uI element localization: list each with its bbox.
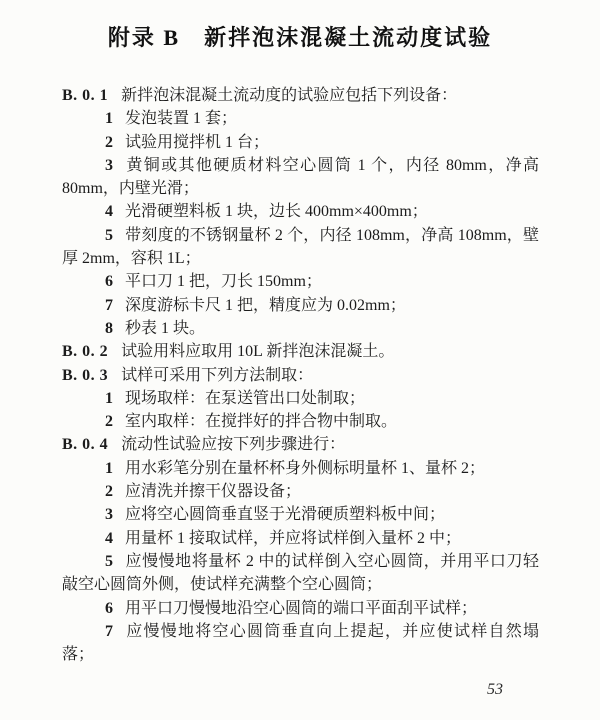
item-number: 6: [105, 600, 113, 617]
item-number: 1: [105, 390, 113, 407]
list-item: 2应清洗并擦干仪器设备；: [62, 480, 539, 503]
item-number: 6: [105, 273, 113, 290]
item-text: 应将空心圆筒垂直竖于光滑硬质塑料板中间；: [125, 506, 445, 523]
item-number: 7: [105, 623, 113, 640]
list-item: 2室内取样：在搅拌好的拌合物中制取。: [62, 410, 539, 433]
clause-label: B. 0. 2: [62, 343, 108, 360]
clause-text: 新拌泡沫混凝土流动度的试验应包括下列设备：: [121, 87, 457, 104]
list-item: 1现场取样：在泵送管出口处制取；: [62, 387, 539, 410]
item-text: 带刻度的不锈钢量杯 2 个，内径 108mm，净高 108mm，壁厚 2mm，容…: [62, 227, 539, 267]
item-text: 深度游标卡尺 1 把，精度应为 0.02mm；: [125, 297, 406, 314]
document-body: B. 0. 1新拌泡沫混凝土流动度的试验应包括下列设备： 1发泡装置 1 套； …: [62, 84, 539, 666]
item-number: 7: [105, 297, 113, 314]
clause-text: 试验用料应取用 10L 新拌泡沫混凝土。: [121, 343, 394, 360]
list-item: 1用水彩笔分别在量杯杯身外侧标明量杯 1、量杯 2；: [62, 457, 539, 480]
clause-label: B. 0. 3: [62, 367, 108, 384]
item-number: 3: [105, 157, 113, 174]
item-number: 8: [105, 320, 113, 337]
list-item: 3应将空心圆筒垂直竖于光滑硬质塑料板中间；: [62, 503, 539, 526]
item-number: 4: [105, 203, 113, 220]
list-item: 6平口刀 1 把，刀长 150mm；: [62, 270, 539, 293]
clause-label: B. 0. 1: [62, 87, 108, 104]
item-text: 应慢慢地将量杯 2 中的试样倒入空心圆筒，并用平口刀轻敲空心圆筒外侧，使试样充满…: [62, 553, 539, 593]
item-text: 用水彩笔分别在量杯杯身外侧标明量杯 1、量杯 2；: [125, 460, 485, 477]
list-item: 8秒表 1 块。: [62, 317, 539, 340]
page-number: 53: [487, 681, 503, 699]
item-text: 室内取样：在搅拌好的拌合物中制取。: [125, 413, 397, 430]
item-number: 4: [105, 530, 113, 547]
list-item: 5应慢慢地将量杯 2 中的试样倒入空心圆筒，并用平口刀轻敲空心圆筒外侧，使试样充…: [62, 550, 539, 597]
item-text: 用平口刀慢慢地沿空心圆筒的端口平面刮平试样；: [125, 600, 477, 617]
item-text: 应慢慢地将空心圆筒垂直向上提起，并应使试样自然塌落；: [62, 623, 539, 663]
document-page: 附录 B 新拌泡沫混凝土流动度试验 B. 0. 1新拌泡沫混凝土流动度的试验应包…: [0, 0, 600, 720]
list-item: 5带刻度的不锈钢量杯 2 个，内径 108mm，净高 108mm，壁厚 2mm，…: [62, 224, 539, 271]
clause-b-0-1: B. 0. 1新拌泡沫混凝土流动度的试验应包括下列设备：: [62, 84, 539, 107]
item-text: 试验用搅拌机 1 台；: [125, 134, 269, 151]
list-item: 6用平口刀慢慢地沿空心圆筒的端口平面刮平试样；: [62, 597, 539, 620]
list-item: 4光滑硬塑料板 1 块，边长 400mm×400mm；: [62, 200, 539, 223]
list-item: 7应慢慢地将空心圆筒垂直向上提起，并应使试样自然塌落；: [62, 620, 539, 667]
clause-text: 试样可采用下列方法制取：: [121, 367, 313, 384]
item-text: 秒表 1 块。: [125, 320, 205, 337]
item-number: 2: [105, 483, 113, 500]
item-text: 用量杯 1 接取试样，并应将试样倒入量杯 2 中；: [125, 530, 461, 547]
item-text: 应清洗并擦干仪器设备；: [125, 483, 301, 500]
list-item: 7深度游标卡尺 1 把，精度应为 0.02mm；: [62, 294, 539, 317]
item-text: 黄铜或其他硬质材料空心圆筒 1 个，内径 80mm，净高 80mm，内壁光滑；: [62, 157, 539, 197]
clause-b-0-4: B. 0. 4流动性试验应按下列步骤进行：: [62, 433, 539, 456]
page-title: 附录 B 新拌泡沫混凝土流动度试验: [0, 0, 600, 52]
list-item: 3黄铜或其他硬质材料空心圆筒 1 个，内径 80mm，净高 80mm，内壁光滑；: [62, 154, 539, 201]
item-number: 2: [105, 134, 113, 151]
item-text: 发泡装置 1 套；: [125, 110, 237, 127]
list-item: 4用量杯 1 接取试样，并应将试样倒入量杯 2 中；: [62, 527, 539, 550]
item-text: 平口刀 1 把，刀长 150mm；: [125, 273, 322, 290]
list-item: 2试验用搅拌机 1 台；: [62, 131, 539, 154]
item-number: 3: [105, 506, 113, 523]
clause-label: B. 0. 4: [62, 436, 108, 453]
clause-b-0-3: B. 0. 3试样可采用下列方法制取：: [62, 364, 539, 387]
item-number: 2: [105, 413, 113, 430]
item-text: 现场取样：在泵送管出口处制取；: [125, 390, 365, 407]
item-number: 1: [105, 110, 113, 127]
clause-text: 流动性试验应按下列步骤进行：: [121, 436, 345, 453]
item-number: 1: [105, 460, 113, 477]
clause-b-0-2: B. 0. 2试验用料应取用 10L 新拌泡沫混凝土。: [62, 340, 539, 363]
list-item: 1发泡装置 1 套；: [62, 107, 539, 130]
item-number: 5: [105, 553, 113, 570]
item-number: 5: [105, 227, 113, 244]
item-text: 光滑硬塑料板 1 块，边长 400mm×400mm；: [125, 203, 428, 220]
